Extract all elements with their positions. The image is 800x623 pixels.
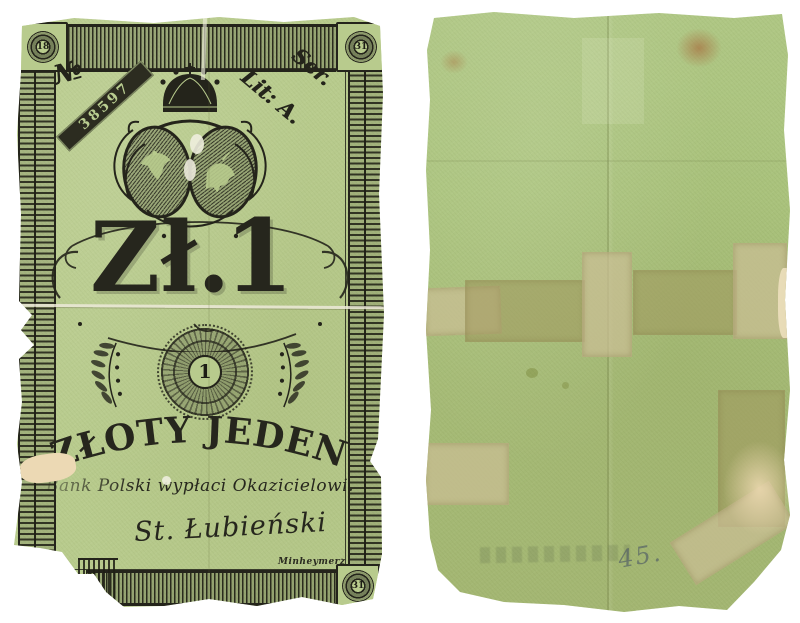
crown-icon [160,63,219,112]
denomination-digit: 1 [224,206,294,306]
rosette-core: 1 [188,355,222,389]
corner-rosette-bottom-right: 31 [336,564,380,608]
vertical-fold-crease [208,14,210,608]
brown-stain [676,28,722,68]
banknote-back: 45. [424,10,792,614]
brown-stain [440,50,468,74]
repair-tape [582,252,632,357]
laurel-branch-icon [265,336,331,414]
engraver-mark: Minheymerz [278,557,346,567]
banknote-front: 18 31 31 № 38597 Ser. Lit: A. [14,14,386,608]
worn-spot [190,134,204,154]
value-text: ZŁOTY JEDEN [45,409,355,477]
repair-tape [465,280,585,342]
stain-dot [562,382,569,389]
laurel-branch-icon [69,336,135,414]
horizontal-fold-crease [424,160,792,162]
handwritten-annotation: 45. [616,538,664,573]
corner-number: 18 [37,42,50,52]
worn-spot [184,159,196,181]
scan-canvas: 18 31 31 № 38597 Ser. Lit: A. [0,0,800,623]
tape-impression [582,38,644,124]
value-text-arc: ZŁOTY JEDEN [40,404,360,486]
border-fringe-step [78,558,118,602]
promise-text: Bank Polski wypłaci Okazicielowi. [28,476,372,496]
border-bottom [86,570,336,606]
corner-number: 31 [352,581,365,591]
repair-tape [633,270,737,335]
worn-edge-patch [778,268,792,338]
stain-dot [526,368,538,378]
svg-text:ZŁOTY JEDEN: ZŁOTY JEDEN [45,409,355,477]
repair-tape [424,443,509,505]
worn-corner-patch [724,442,794,534]
corner-number: 31 [355,42,368,52]
corner-rosette-top-right: 31 [336,22,386,72]
faint-stamp-marks [480,545,630,564]
worn-spot [162,476,171,485]
